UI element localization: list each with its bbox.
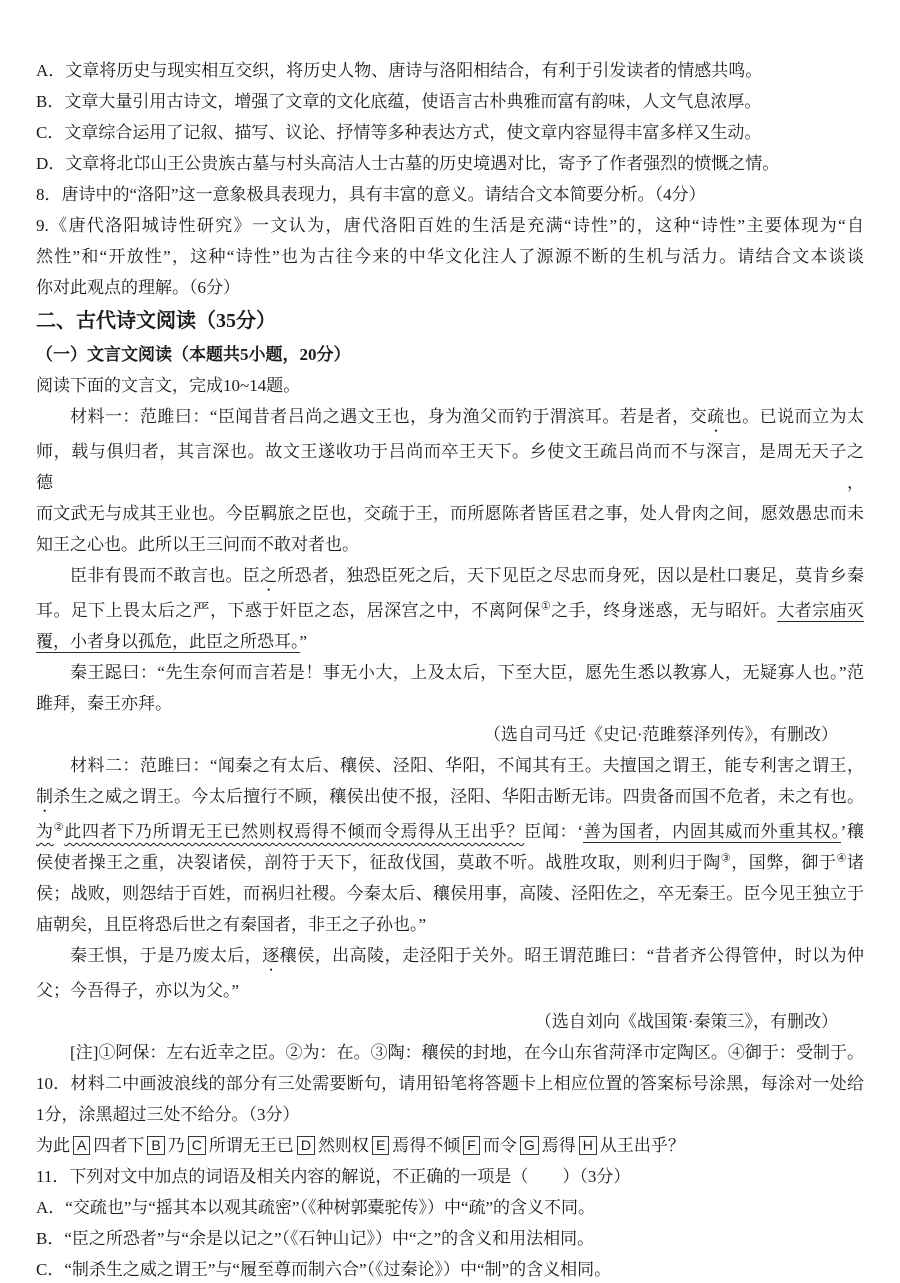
- material-2-para-1-line-1: 材料二：范雎曰：“闻秦之有太后、穰侯、泾阳、华阳，不闻其有王。夫擅国之谓王，能专…: [36, 750, 864, 781]
- question-9-line-3: 你对此观点的理解。（6分）: [36, 272, 864, 303]
- text-run: ”: [300, 632, 308, 651]
- text-run: 阅读下面的文言文，完成10~14题。: [36, 376, 300, 395]
- underlined-clause: 覆，小者身以孤危，此臣之所恐耳。: [36, 632, 300, 653]
- question-9-line-2: 然性”和“开放性”，这种“诗性”也为古往今来的中华文化注人了源源不断的生机与活力…: [36, 241, 864, 272]
- dot-emphasis-char: 之: [260, 566, 277, 585]
- modern-text-option-c: C．文章综合运用了记叙、描写、议论、抒情等多种表达方式，使文章内容显得丰富多样又…: [36, 117, 864, 148]
- question-10-line-2: 1分，涂黑超过三处不给分。（3分）: [36, 1099, 864, 1130]
- text-run: （一）文言文阅读（本题共5小题，20分）: [36, 345, 351, 364]
- text-run: 师，载与俱归者，其言深也。故文王遂收功于吕尚而卒王天下。乡使文王疏吕尚而不与深言…: [36, 442, 864, 492]
- text-run: ，国弊，御于: [731, 853, 836, 872]
- dot-emphasis-char: 疏: [707, 407, 724, 426]
- material-2-para-2-line-1: 秦王惧，于是乃废太后，逐穰侯，出高陵，走泾阳于关外。昭王谓范雎曰：“昔者齐公得管…: [36, 940, 864, 975]
- notes-line: [注]①阿保：左右近幸之臣。②为：在。③陶：穰侯的封地，在今山东省菏泽市定陶区。…: [36, 1037, 864, 1068]
- text-run: B．“臣之所恐者”与“余是以记之”（《石钟山记》）中“之”的含义和用法相同。: [36, 1229, 594, 1248]
- note-superscript: ①: [541, 600, 551, 612]
- exam-content: A．文章将历史与现实相互交织，将历史人物、唐诗与洛阳相结合，有利于引发读者的情感…: [36, 55, 864, 1283]
- text-run: （选自刘向《战国策·秦策三》，有删改）: [535, 1012, 838, 1031]
- answer-mark-box: A: [73, 1136, 90, 1155]
- dot-emphasis-char: 逐: [262, 946, 279, 965]
- answer-mark-box: E: [372, 1136, 389, 1155]
- text-run: 而文武无与成其王业也。今臣羁旅之臣也，交疏于王，而所愿陈者皆匡君之事，处人骨肉之…: [36, 504, 864, 523]
- section-2-heading: 二、古代诗文阅读（35分）: [36, 303, 864, 339]
- text-run: 耳。足下上畏太后之严，下惑于奸臣之态，居深宫之中，不离阿保: [36, 601, 541, 620]
- text-run: 穰侯，出高陵，走泾阳于关外。昭王谓范雎曰：“昔者齐公得管仲，时以为仲: [280, 946, 864, 965]
- text-run: 1分，涂黑超过三处不给分。（3分）: [36, 1105, 300, 1124]
- text-run: 也。已说而立为太: [725, 407, 864, 426]
- material-2-para-1-line-2: 制杀生之威之谓王。今太后擅行不顾，穰侯出使不报，泾阳、华阳击断无讳。四贵备而国不…: [36, 781, 864, 816]
- text-run: 父；今吾得子，亦以为父。”: [36, 981, 239, 1000]
- text-run: 然则权: [318, 1136, 369, 1155]
- wavy-clause: 此四者下乃所谓无王已然则权焉得不倾而令焉得从王出乎？: [64, 822, 524, 841]
- text-run: 二、古代诗文阅读（35分）: [36, 310, 276, 332]
- material-2-para-2-line-2: 父；今吾得子，亦以为父。”: [36, 975, 864, 1006]
- text-run: 雎拜，秦王亦拜。: [36, 694, 172, 713]
- text-run: 臣非有畏而不敢言也。臣: [70, 566, 260, 585]
- answer-mark-box: D: [297, 1136, 315, 1155]
- material-2-para-1-line-6: 庙朝矣，且臣将恐后世之有秦国者，非王之子孙也。”: [36, 909, 864, 940]
- text-run: 从王出乎？: [600, 1136, 685, 1155]
- text-run: ’穰: [841, 822, 864, 841]
- material-2-para-1-line-3: 为②此四者下乃所谓无王已然则权焉得不倾而令焉得从王出乎？臣闻：‘善为国者，内固其…: [36, 816, 864, 847]
- text-run: 而令: [483, 1136, 517, 1155]
- material-1-para-2-line-3: 覆，小者身以孤危，此臣之所恐耳。”: [36, 626, 864, 657]
- material-2-para-1-line-4: 侯使者操王之重，决裂诸侯，剖符于天下，征敌伐国，莫敢不听。战胜攻取，则利归于陶③…: [36, 847, 864, 878]
- text-run: A．文章将历史与现实相互交织，将历史人物、唐诗与洛阳相结合，有利于引发读者的情感…: [36, 61, 762, 80]
- exam-page: A．文章将历史与现实相互交织，将历史人物、唐诗与洛阳相结合，有利于引发读者的情感…: [0, 0, 900, 1283]
- text-run: 焉得不倾: [392, 1136, 460, 1155]
- text-run: 侯使者操王之重，决裂诸侯，剖符于天下，征敌伐国，莫敢不听。战胜攻取，则利归于陶: [36, 853, 721, 872]
- material-2-source: （选自刘向《战国策·秦策三》，有删改）: [36, 1006, 864, 1037]
- material-1-para-1-line-2: 师，载与俱归者，其言深也。故文王遂收功于吕尚而卒王天下。乡使文王疏吕尚而不与深言…: [36, 436, 864, 498]
- note-superscript: ②: [54, 821, 65, 833]
- sentence-breaking-line: 为此A四者下B乃C所谓无王已D然则权E焉得不倾F而令G焉得H从王出乎？: [36, 1130, 864, 1161]
- question-10-line-1: 10．材料二中画波浪线的部分有三处需要断句，请用铅笔将答题卡上相应位置的答案标号…: [36, 1068, 864, 1099]
- text-run: D．文章将北邙山王公贵族古墓与村头高洁人士古墓的历史境遇对比，寄予了作者强烈的愤…: [36, 154, 779, 173]
- answer-mark-box: B: [147, 1136, 164, 1155]
- text-run: C．“制杀生之威之谓王”与“履至尊而制六合”（《过秦论》）中“制”的含义相同。: [36, 1260, 611, 1279]
- text-run: 秦王惧，于是乃废太后，: [70, 946, 262, 965]
- text-run: 臣闻：‘: [524, 822, 583, 841]
- text-run: 你对此观点的理解。（6分）: [36, 278, 240, 297]
- text-run: 然性”和“开放性”，这种“诗性”也为古往今来的中华文化注人了源源不断的生机与活力…: [36, 247, 864, 266]
- text-run: 材料二：范雎曰：“闻秦之有太后、穰侯、泾阳、华阳，不闻其有王。夫擅国之谓王，能专…: [70, 756, 864, 775]
- wavy-clause: 为: [36, 822, 54, 841]
- text-run: 四者下: [93, 1136, 144, 1155]
- underlined-clause: 善为国者，内固其威而外重其权。: [583, 822, 841, 843]
- answer-mark-box: F: [463, 1136, 480, 1155]
- q11-option-c: C．“制杀生之威之谓王”与“履至尊而制六合”（《过秦论》）中“制”的含义相同。: [36, 1254, 864, 1283]
- text-run: （选自司马迁《史记·范雎蔡泽列传》，有删改）: [484, 725, 838, 744]
- text-run: 9.《唐代洛阳城诗性研究》一文认为，唐代洛阳百姓的生活是充满“诗性”的，这种“诗…: [36, 216, 864, 235]
- text-run: 杀生之威之谓王。今太后擅行不顾，穰侯出使不报，泾阳、华阳击断无讳。四贵备而国不危…: [53, 787, 864, 806]
- material-1-para-3-line-2: 雎拜，秦王亦拜。: [36, 688, 864, 719]
- dot-emphasis-char: 制: [36, 787, 53, 806]
- question-9-line-1: 9.《唐代洛阳城诗性研究》一文认为，唐代洛阳百姓的生活是充满“诗性”的，这种“诗…: [36, 210, 864, 241]
- material-1-para-3-line-1: 秦王跽曰：“先生奈何而言若是！事无小大，上及太后，下至大臣，愿先生悉以教寡人，无…: [36, 657, 864, 688]
- text-run: [注]①阿保：左右近幸之臣。②为：在。③陶：穰侯的封地，在今山东省菏泽市定陶区。…: [70, 1043, 864, 1062]
- subsection-1-heading: （一）文言文阅读（本题共5小题，20分）: [36, 339, 864, 370]
- modern-text-option-b: B．文章大量引用古诗文，增强了文章的文化底蕴，使语言古朴典雅而富有韵味，人文气息…: [36, 86, 864, 117]
- material-2-para-1-line-5: 侯；战败，则怨结于百姓，而祸归社稷。今秦太后、穰侯用事，高陵、泾阳佐之，卒无秦王…: [36, 878, 864, 909]
- text-run: A．“交疏也”与“摇其本以观其疏密”（《种树郭橐驼传》）中“疏”的含义不同。: [36, 1198, 595, 1217]
- question-11: 11．下列对文中加点的词语及相关内容的解说，不正确的一项是（ ）（3分）: [36, 1161, 864, 1192]
- material-1-para-1-line-3: 而文武无与成其王业也。今臣羁旅之臣也，交疏于王，而所愿陈者皆匡君之事，处人骨肉之…: [36, 498, 864, 529]
- answer-mark-box: H: [579, 1136, 597, 1155]
- answer-mark-box: G: [520, 1136, 539, 1155]
- material-1-para-1-line-4: 知王之心也。此所以王三问而不敢对者也。: [36, 529, 864, 560]
- text-run: 侯；战败，则怨结于百姓，而祸归社稷。今秦太后、穰侯用事，高陵、泾阳佐之，卒无秦王…: [36, 884, 864, 903]
- text-run: 所谓无王已: [209, 1136, 294, 1155]
- text-run: 之手，终身迷惑，无与昭奸。: [551, 601, 777, 620]
- material-1-para-1-line-1: 材料一：范雎曰：“臣闻昔者吕尚之遇文王也，身为渔父而钓于渭滨耳。若是者，交疏也。…: [36, 401, 864, 436]
- material-1-para-2-line-1: 臣非有畏而不敢言也。臣之所恐者，独恐臣死之后，天下见臣之尽忠而身死，因以是杜口裹…: [36, 560, 864, 595]
- reading-instruction: 阅读下面的文言文，完成10~14题。: [36, 370, 864, 401]
- text-run: 诸: [847, 853, 864, 872]
- text-run: 秦王跽曰：“先生奈何而言若是！事无小大，上及太后，下至大臣，愿先生悉以教寡人，无…: [70, 663, 864, 682]
- text-run: 10．材料二中画波浪线的部分有三处需要断句，请用铅笔将答题卡上相应位置的答案标号…: [36, 1074, 864, 1093]
- text-run: 为此: [36, 1136, 70, 1155]
- underlined-clause: 大者宗庙灭: [777, 601, 864, 622]
- text-run: 焉得: [542, 1136, 576, 1155]
- q11-option-a: A．“交疏也”与“摇其本以观其疏密”（《种树郭橐驼传》）中“疏”的含义不同。: [36, 1192, 864, 1223]
- text-run: 材料一：范雎曰：“臣闻昔者吕尚之遇文王也，身为渔父而钓于渭滨耳。若是者，交: [70, 407, 707, 426]
- text-run: 所恐者，独恐臣死之后，天下见臣之尽忠而身死，因以是杜口裹足，莫肯乡秦: [277, 566, 864, 585]
- note-superscript: ③: [721, 852, 731, 864]
- q11-option-b: B．“臣之所恐者”与“余是以记之”（《石钟山记》）中“之”的含义和用法相同。: [36, 1223, 864, 1254]
- answer-mark-box: C: [188, 1136, 206, 1155]
- text-run: B．文章大量引用古诗文，增强了文章的文化底蕴，使语言古朴典雅而富有韵味，人文气息…: [36, 92, 761, 111]
- modern-text-option-a: A．文章将历史与现实相互交织，将历史人物、唐诗与洛阳相结合，有利于引发读者的情感…: [36, 55, 864, 86]
- text-run: C．文章综合运用了记叙、描写、议论、抒情等多种表达方式，使文章内容显得丰富多样又…: [36, 123, 761, 142]
- text-run: 知王之心也。此所以王三问而不敢对者也。: [36, 535, 359, 554]
- text-run: 8．唐诗中的“洛阳”这一意象极具表现力，具有丰富的意义。请结合文本简要分析。（4…: [36, 185, 706, 204]
- question-8: 8．唐诗中的“洛阳”这一意象极具表现力，具有丰富的意义。请结合文本简要分析。（4…: [36, 179, 864, 210]
- text-run: 庙朝矣，且臣将恐后世之有秦国者，非王之子孙也。”: [36, 915, 426, 934]
- material-1-source: （选自司马迁《史记·范雎蔡泽列传》，有删改）: [36, 719, 864, 750]
- note-superscript: ④: [837, 852, 847, 864]
- text-run: 乃: [168, 1136, 185, 1155]
- modern-text-option-d: D．文章将北邙山王公贵族古墓与村头高洁人士古墓的历史境遇对比，寄予了作者强烈的愤…: [36, 148, 864, 179]
- text-run: 11．下列对文中加点的词语及相关内容的解说，不正确的一项是（ ）（3分）: [36, 1167, 630, 1186]
- material-1-para-2-line-2: 耳。足下上畏太后之严，下惑于奸臣之态，居深宫之中，不离阿保①之手，终身迷惑，无与…: [36, 595, 864, 626]
